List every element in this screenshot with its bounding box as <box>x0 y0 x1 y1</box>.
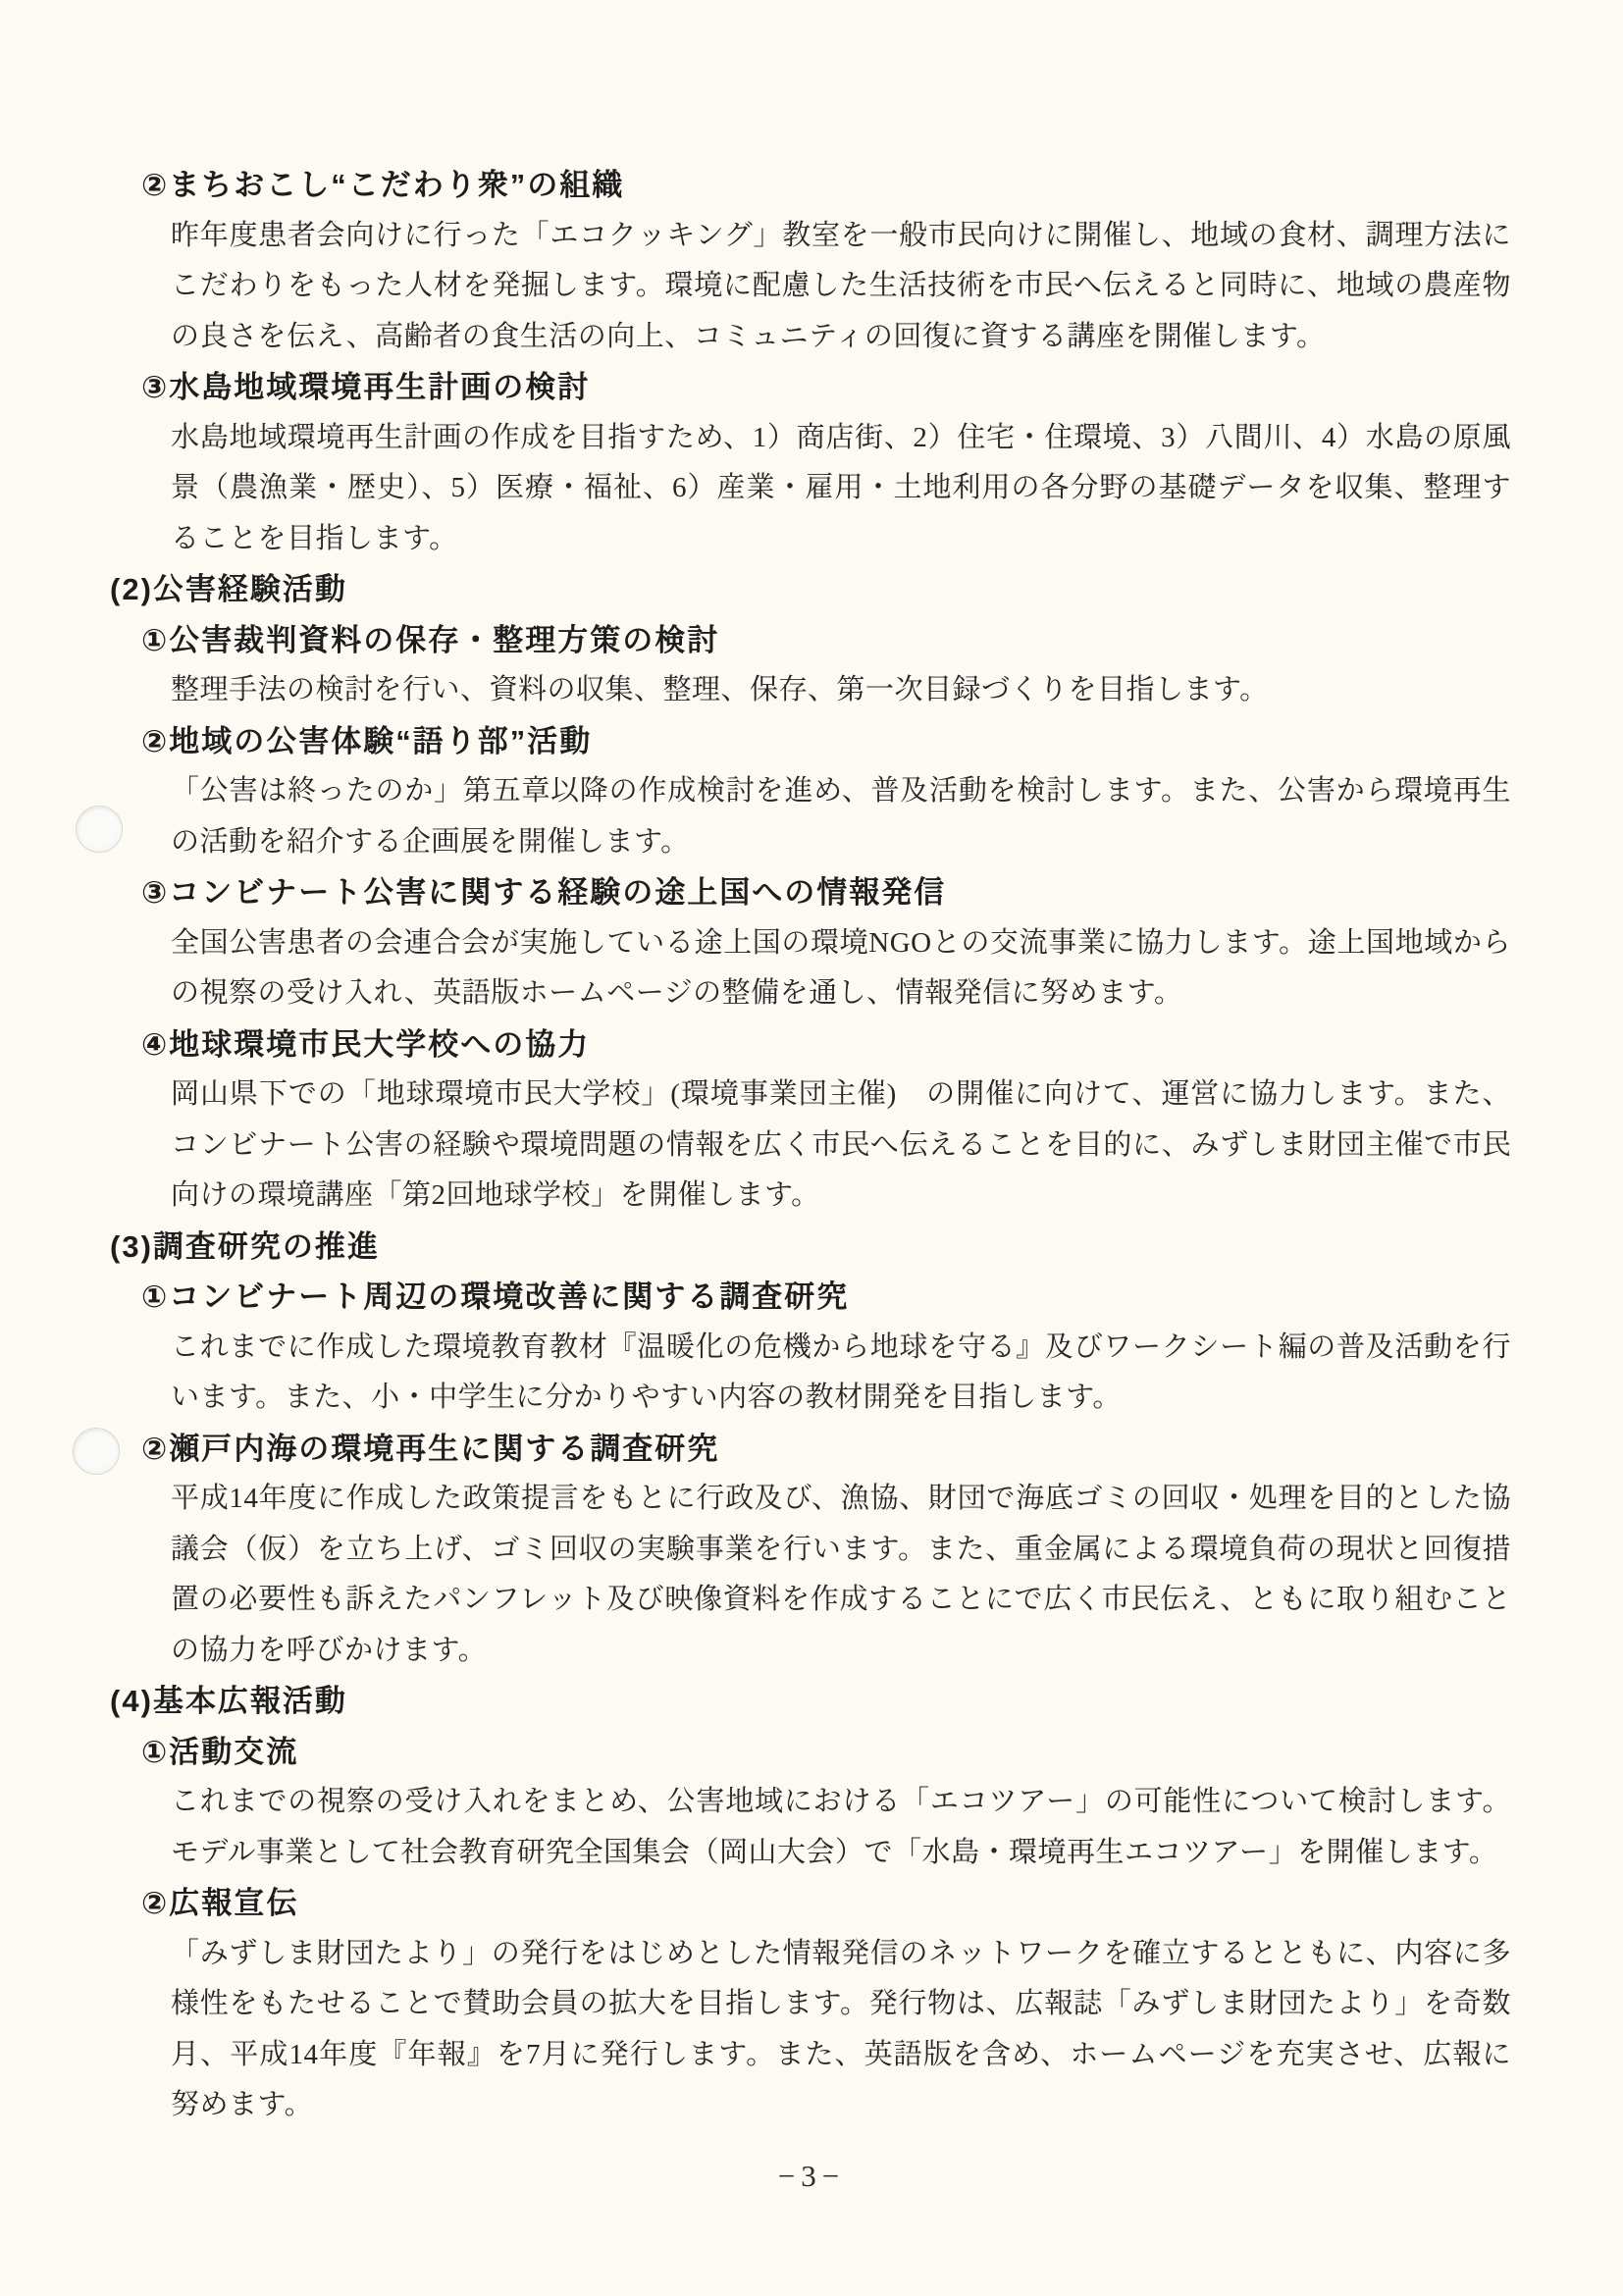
document-page: ②まちおこし“こだわり衆”の組織 昨年度患者会向けに行った「エコクッキング」教室… <box>0 0 1623 2296</box>
subsection-heading-saiban-shiryo: ①公害裁判資料の保存・整理方策の検討 <box>141 615 1623 666</box>
subsection-heading-mizushima-plan: ③水島地域環境再生計画の検討 <box>141 362 1623 413</box>
document-body: ②まちおこし“こだわり衆”の組織 昨年度患者会向けに行った「エコクッキング」教室… <box>0 160 1623 2131</box>
paragraph: 整理手法の検討を行い、資料の収集、整理、保存、第一次目録づくりを目指します。 <box>171 665 1511 716</box>
paragraph: 昨年度患者会向けに行った「エコクッキング」教室を一般市民向けに開催し、地域の食材… <box>171 211 1511 363</box>
subsection-heading-koho-senden: ②広報宣伝 <box>141 1878 1623 1929</box>
section-heading-koho-katsudo: (4)基本広報活動 <box>110 1676 1623 1727</box>
paragraph: 「みずしま財団たより」の発行をはじめとした情報発信のネットワークを確立するととも… <box>171 1929 1511 2131</box>
section-heading-kogai-keiken: (2)公害経験活動 <box>110 564 1623 615</box>
paragraph: これまでの視察の受け入れをまとめ、公害地域における「エコツアー」の可能性について… <box>171 1777 1511 1878</box>
paragraph: 岡山県下での「地球環境市民大学校」(環境事業団主催) の開催に向けて、運営に協力… <box>171 1070 1511 1222</box>
subsection-heading-combinat-kaizen: ①コンビナート周辺の環境改善に関する調査研究 <box>141 1272 1623 1323</box>
subsection-heading-combinat-joho: ③コンビナート公害に関する経験の途上国への情報発信 <box>141 867 1623 918</box>
paragraph: これまでに作成した環境教育教材『温暖化の危機から地球を守る』及びワークシート編の… <box>171 1323 1511 1424</box>
subsection-heading-machiokoshi: ②まちおこし“こだわり衆”の組織 <box>141 160 1623 211</box>
subsection-heading-setonaikai: ②瀬戸内海の環境再生に関する調査研究 <box>141 1424 1623 1475</box>
paragraph: 水島地域環境再生計画の作成を目指すため、1）商店街、2）住宅・住環境、3）八間川… <box>171 413 1511 565</box>
section-heading-chosa-kenkyu: (3)調査研究の推進 <box>110 1222 1623 1273</box>
paragraph: 「公害は終ったのか」第五章以降の作成検討を進め、普及活動を検討します。また、公害… <box>171 766 1511 867</box>
subsection-heading-shimin-daigakko: ④地球環境市民大学校への協力 <box>141 1019 1623 1070</box>
subsection-heading-kataribe: ②地域の公害体験“語り部”活動 <box>141 716 1623 767</box>
subsection-heading-katsudo-koryu: ①活動交流 <box>141 1727 1623 1778</box>
page-number: −3− <box>0 2159 1623 2194</box>
paragraph: 全国公害患者の会連合会が実施している途上国の環境NGOとの交流事業に協力します。… <box>171 918 1511 1019</box>
paragraph: 平成14年度に作成した政策提言をもとに行政及び、漁協、財団で海底ゴミの回収・処理… <box>171 1474 1511 1676</box>
